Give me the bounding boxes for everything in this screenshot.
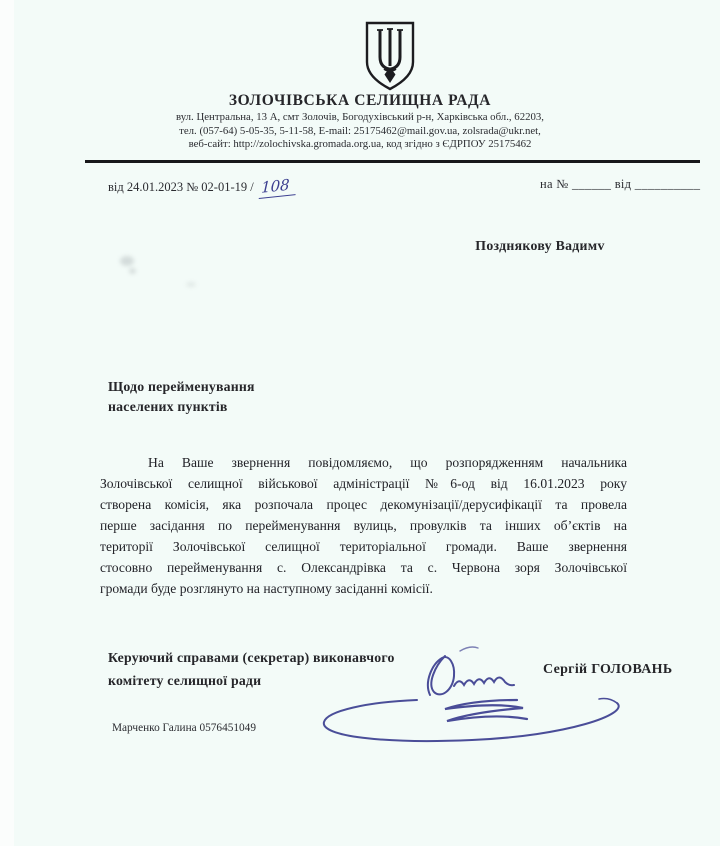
header-divider bbox=[85, 160, 700, 163]
body-line: На Ваше звернення повідомляємо, що розпо… bbox=[100, 452, 627, 473]
outgoing-reference-label: від 24.01.2023 № 02-01-19 / bbox=[108, 180, 254, 194]
incoming-number-blank: ______ bbox=[572, 177, 611, 191]
address-line-1: вул. Центральна, 13 А, смт Золочів, Бого… bbox=[0, 111, 720, 125]
handwritten-signature bbox=[312, 638, 652, 753]
scan-smudge bbox=[186, 282, 196, 287]
outgoing-reference: від 24.01.2023 № 02-01-19 / 108 bbox=[108, 177, 295, 197]
subject-line-2: населених пунктів bbox=[108, 397, 255, 417]
body-line: створена комісія, яка розпочала процес д… bbox=[100, 494, 627, 515]
executor-contact: Марченко Галина 0576451049 bbox=[112, 722, 256, 734]
ukraine-trident-emblem-icon bbox=[360, 20, 420, 90]
incoming-date-blank: __________ bbox=[635, 177, 701, 191]
letter-document: ЗОЛОЧІВСЬКА СЕЛИЩНА РАДА вул. Центральна… bbox=[0, 0, 720, 846]
organization-title: ЗОЛОЧІВСЬКА СЕЛИЩНА РАДА bbox=[0, 92, 720, 110]
incoming-vid-label: від bbox=[615, 177, 632, 191]
address-line-3: веб-сайт: http://zolochivska.gromada.org… bbox=[0, 138, 720, 152]
subject-line-1: Щодо перейменування bbox=[108, 377, 255, 397]
subject-heading: Щодо перейменування населених пунктів bbox=[108, 377, 255, 417]
letter-body: На Ваше звернення повідомляємо, що розпо… bbox=[100, 452, 627, 599]
incoming-na-label: на № bbox=[540, 177, 569, 191]
scan-smudge bbox=[129, 268, 136, 274]
recipient-name: Позднякову Вадимv bbox=[400, 238, 680, 254]
address-line-2: тел. (057-64) 5-05-35, 5-11-58, E-mail: … bbox=[0, 125, 720, 139]
body-line: території Золочівської селищної територі… bbox=[100, 536, 627, 557]
organization-address: вул. Центральна, 13 А, смт Золочів, Бого… bbox=[0, 111, 720, 152]
scan-smudge bbox=[120, 256, 134, 266]
body-line: стосовно перейменування с. Олександрівка… bbox=[100, 557, 627, 578]
handwritten-outgoing-number: 108 bbox=[259, 175, 296, 199]
incoming-reference: на № ______ від __________ bbox=[540, 177, 700, 192]
body-line: громади буде розглянуто на наступному за… bbox=[100, 578, 627, 599]
body-line: перше засідання по перейменування вулиць… bbox=[100, 515, 627, 536]
body-line: Золочівської селищної військової адмініс… bbox=[100, 473, 627, 494]
